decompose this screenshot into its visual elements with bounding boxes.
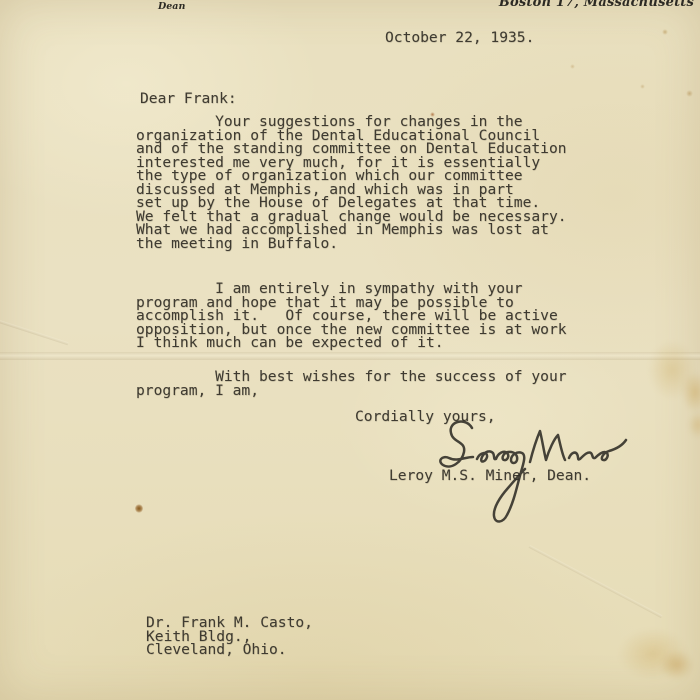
- diagonal-wrinkle: [529, 545, 663, 618]
- letterhead-city-line: Boston 17, Massachusetts: [499, 0, 694, 10]
- recipient-address-block: Dr. Frank M. Casto, Keith Bldg., Clevela…: [146, 616, 313, 657]
- foxing-spot: [686, 90, 693, 97]
- age-stain: [688, 412, 700, 438]
- body-paragraph-2: I am entirely in sympathy with your prog…: [136, 282, 567, 350]
- age-stain: [682, 372, 700, 412]
- body-paragraph-3: With best wishes for the success of your…: [136, 370, 567, 397]
- age-stain: [660, 650, 694, 680]
- signature-stroke-L: [440, 422, 473, 467]
- body-paragraph-1: Your suggestions for changes in the orga…: [136, 115, 567, 250]
- signature-stroke-eroy: [477, 451, 525, 521]
- salutation: Dear Frank:: [140, 92, 237, 106]
- foxing-spot: [570, 64, 575, 69]
- horizontal-fold-crease: [0, 352, 700, 360]
- diagonal-wrinkle: [0, 318, 69, 346]
- date-line: October 22, 1935.: [385, 31, 534, 45]
- foxing-spot: [640, 84, 645, 89]
- foxing-spot: [662, 29, 668, 35]
- handwritten-signature: [432, 418, 632, 536]
- letter-page: Dean Boston 17, Massachusetts October 22…: [0, 0, 700, 700]
- foxing-spot: [135, 504, 143, 513]
- letterhead-dean-label: Dean: [158, 1, 185, 12]
- signature-stroke-iner: [569, 440, 626, 460]
- signature-stroke-M: [530, 431, 565, 462]
